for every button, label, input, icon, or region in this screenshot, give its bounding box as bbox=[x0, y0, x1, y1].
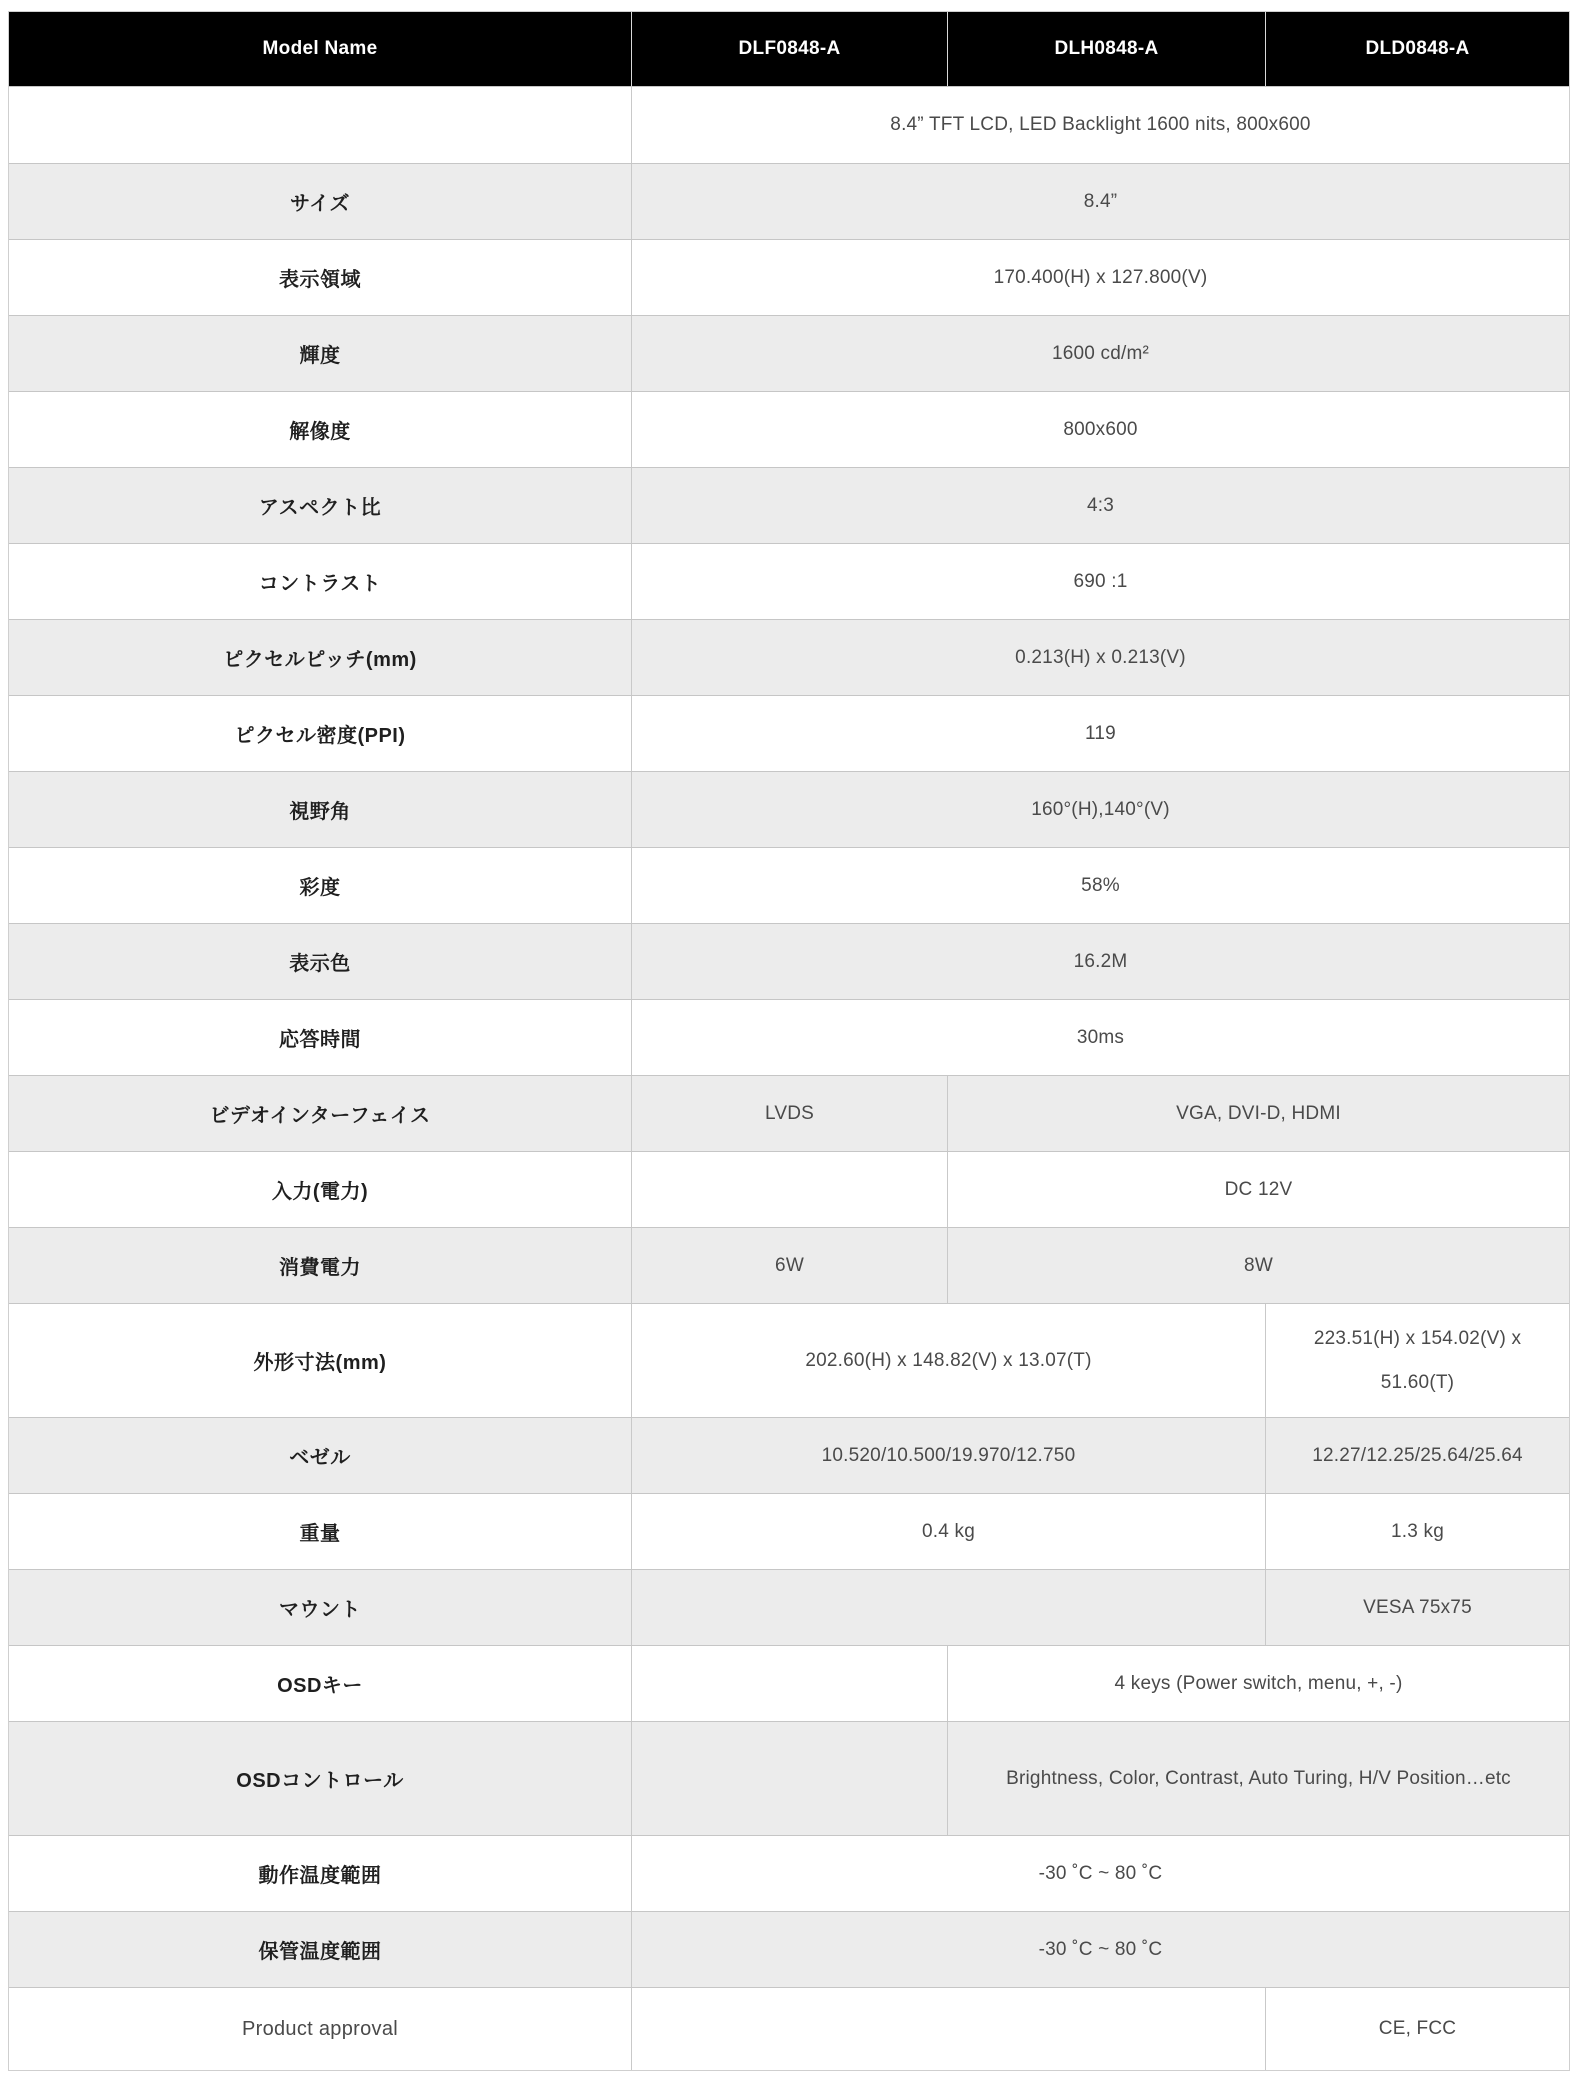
approval-dlf-dlh-value bbox=[631, 1988, 1265, 2070]
table-row-osd-keys: OSDキー 4 keys (Power switch, menu, +, -) bbox=[9, 1645, 1569, 1721]
row-label: 外形寸法(mm) bbox=[9, 1304, 631, 1417]
row-label: コントラスト bbox=[9, 544, 631, 619]
row-label: ビデオインターフェイス bbox=[9, 1076, 631, 1151]
row-label: OSDコントロール bbox=[9, 1722, 631, 1835]
row-label: アスペクト比 bbox=[9, 468, 631, 543]
table-row-response-time: 応答時間 30ms bbox=[9, 999, 1569, 1075]
table-row-display-colors: 表示色 16.2M bbox=[9, 923, 1569, 999]
row-label bbox=[9, 87, 631, 163]
table-row-size: サイズ 8.4” bbox=[9, 163, 1569, 239]
row-label: 表示領域 bbox=[9, 240, 631, 315]
dimensions-dlf-dlh-value: 202.60(H) x 148.82(V) x 13.07(T) bbox=[631, 1304, 1265, 1417]
response-time-value: 30ms bbox=[631, 1000, 1569, 1075]
spec-sheet-page: Model Name DLF0848-A DLH0848-A DLD0848-A… bbox=[0, 0, 1577, 2078]
row-label: ベゼル bbox=[9, 1418, 631, 1493]
power-consumption-dlf-value: 6W bbox=[631, 1228, 947, 1303]
row-label: マウント bbox=[9, 1570, 631, 1645]
header-model-dld0848a: DLD0848-A bbox=[1265, 12, 1569, 86]
table-row-aspect-ratio: アスペクト比 4:3 bbox=[9, 467, 1569, 543]
table-row-osd-control: OSDコントロール Brightness, Color, Contrast, A… bbox=[9, 1721, 1569, 1835]
row-label: ピクセル密度(PPI) bbox=[9, 696, 631, 771]
header-model-dlh0848a: DLH0848-A bbox=[947, 12, 1265, 86]
table-row-power-consumption: 消費電力 6W 8W bbox=[9, 1227, 1569, 1303]
row-label: 消費電力 bbox=[9, 1228, 631, 1303]
table-row-display-area: 表示領域 170.400(H) x 127.800(V) bbox=[9, 239, 1569, 315]
row-label: OSDキー bbox=[9, 1646, 631, 1721]
osd-keys-dlh-dld-value: 4 keys (Power switch, menu, +, -) bbox=[947, 1646, 1569, 1721]
row-label: 彩度 bbox=[9, 848, 631, 923]
pixel-pitch-value: 0.213(H) x 0.213(V) bbox=[631, 620, 1569, 695]
table-row-resolution: 解像度 800x600 bbox=[9, 391, 1569, 467]
brightness-value: 1600 cd/m² bbox=[631, 316, 1569, 391]
row-label: ピクセルピッチ(mm) bbox=[9, 620, 631, 695]
table-row-power-input: 入力(電力) DC 12V bbox=[9, 1151, 1569, 1227]
table-row-pixel-pitch: ピクセルピッチ(mm) 0.213(H) x 0.213(V) bbox=[9, 619, 1569, 695]
video-interface-dlf-value: LVDS bbox=[631, 1076, 947, 1151]
weight-dld-value: 1.3 kg bbox=[1265, 1494, 1569, 1569]
table-row-mount: マウント VESA 75x75 bbox=[9, 1569, 1569, 1645]
display-colors-value: 16.2M bbox=[631, 924, 1569, 999]
header-model-name: Model Name bbox=[9, 12, 631, 86]
table-row-saturation: 彩度 58% bbox=[9, 847, 1569, 923]
display-area-value: 170.400(H) x 127.800(V) bbox=[631, 240, 1569, 315]
row-label: 応答時間 bbox=[9, 1000, 631, 1075]
power-input-dlh-dld-value: DC 12V bbox=[947, 1152, 1569, 1227]
pixel-density-value: 119 bbox=[631, 696, 1569, 771]
row-label: 動作温度範囲 bbox=[9, 1836, 631, 1911]
table-header-row: Model Name DLF0848-A DLH0848-A DLD0848-A bbox=[9, 12, 1569, 86]
storage-temp-value: -30 ˚C ~ 80 ˚C bbox=[631, 1912, 1569, 1987]
spec-table: Model Name DLF0848-A DLH0848-A DLD0848-A… bbox=[8, 11, 1570, 2071]
row-label: Product approval bbox=[9, 1988, 631, 2070]
bezel-dld-value: 12.27/12.25/25.64/25.64 bbox=[1265, 1418, 1569, 1493]
viewing-angle-value: 160°(H),140°(V) bbox=[631, 772, 1569, 847]
power-consumption-dlh-dld-value: 8W bbox=[947, 1228, 1569, 1303]
table-row-pixel-density: ピクセル密度(PPI) 119 bbox=[9, 695, 1569, 771]
aspect-ratio-value: 4:3 bbox=[631, 468, 1569, 543]
saturation-value: 58% bbox=[631, 848, 1569, 923]
row-label: 表示色 bbox=[9, 924, 631, 999]
header-model-dlf0848a: DLF0848-A bbox=[631, 12, 947, 86]
table-row-operating-temp: 動作温度範囲 -30 ˚C ~ 80 ˚C bbox=[9, 1835, 1569, 1911]
mount-dlf-dlh-value bbox=[631, 1570, 1265, 1645]
table-row-outer-dimensions: 外形寸法(mm) 202.60(H) x 148.82(V) x 13.07(T… bbox=[9, 1303, 1569, 1417]
row-label: 解像度 bbox=[9, 392, 631, 467]
resolution-value: 800x600 bbox=[631, 392, 1569, 467]
osd-keys-dlf-value bbox=[631, 1646, 947, 1721]
table-row-brightness: 輝度 1600 cd/m² bbox=[9, 315, 1569, 391]
operating-temp-value: -30 ˚C ~ 80 ˚C bbox=[631, 1836, 1569, 1911]
size-value: 8.4” bbox=[631, 164, 1569, 239]
table-row-storage-temp: 保管温度範囲 -30 ˚C ~ 80 ˚C bbox=[9, 1911, 1569, 1987]
row-label: 保管温度範囲 bbox=[9, 1912, 631, 1987]
row-label: サイズ bbox=[9, 164, 631, 239]
osd-control-dlf-value bbox=[631, 1722, 947, 1835]
table-row-weight: 重量 0.4 kg 1.3 kg bbox=[9, 1493, 1569, 1569]
dimensions-dld-value: 223.51(H) x 154.02(V) x 51.60(T) bbox=[1265, 1304, 1569, 1417]
power-input-dlf-value bbox=[631, 1152, 947, 1227]
video-interface-dlh-dld-value: VGA, DVI-D, HDMI bbox=[947, 1076, 1569, 1151]
row-label: 重量 bbox=[9, 1494, 631, 1569]
bezel-dlf-dlh-value: 10.520/10.500/19.970/12.750 bbox=[631, 1418, 1265, 1493]
table-row-video-interface: ビデオインターフェイス LVDS VGA, DVI-D, HDMI bbox=[9, 1075, 1569, 1151]
weight-dlf-dlh-value: 0.4 kg bbox=[631, 1494, 1265, 1569]
contrast-value: 690 :1 bbox=[631, 544, 1569, 619]
osd-control-dlh-dld-value: Brightness, Color, Contrast, Auto Turing… bbox=[947, 1722, 1569, 1835]
row-label: 輝度 bbox=[9, 316, 631, 391]
row-label: 入力(電力) bbox=[9, 1152, 631, 1227]
table-row-contrast: コントラスト 690 :1 bbox=[9, 543, 1569, 619]
panel-description-value: 8.4” TFT LCD, LED Backlight 1600 nits, 8… bbox=[631, 87, 1569, 163]
table-row-product-approval: Product approval CE, FCC bbox=[9, 1987, 1569, 2070]
row-label: 視野角 bbox=[9, 772, 631, 847]
table-row-viewing-angle: 視野角 160°(H),140°(V) bbox=[9, 771, 1569, 847]
table-row-panel: 8.4” TFT LCD, LED Backlight 1600 nits, 8… bbox=[9, 86, 1569, 163]
table-row-bezel: ベゼル 10.520/10.500/19.970/12.750 12.27/12… bbox=[9, 1417, 1569, 1493]
approval-dld-value: CE, FCC bbox=[1265, 1988, 1569, 2070]
mount-dld-value: VESA 75x75 bbox=[1265, 1570, 1569, 1645]
